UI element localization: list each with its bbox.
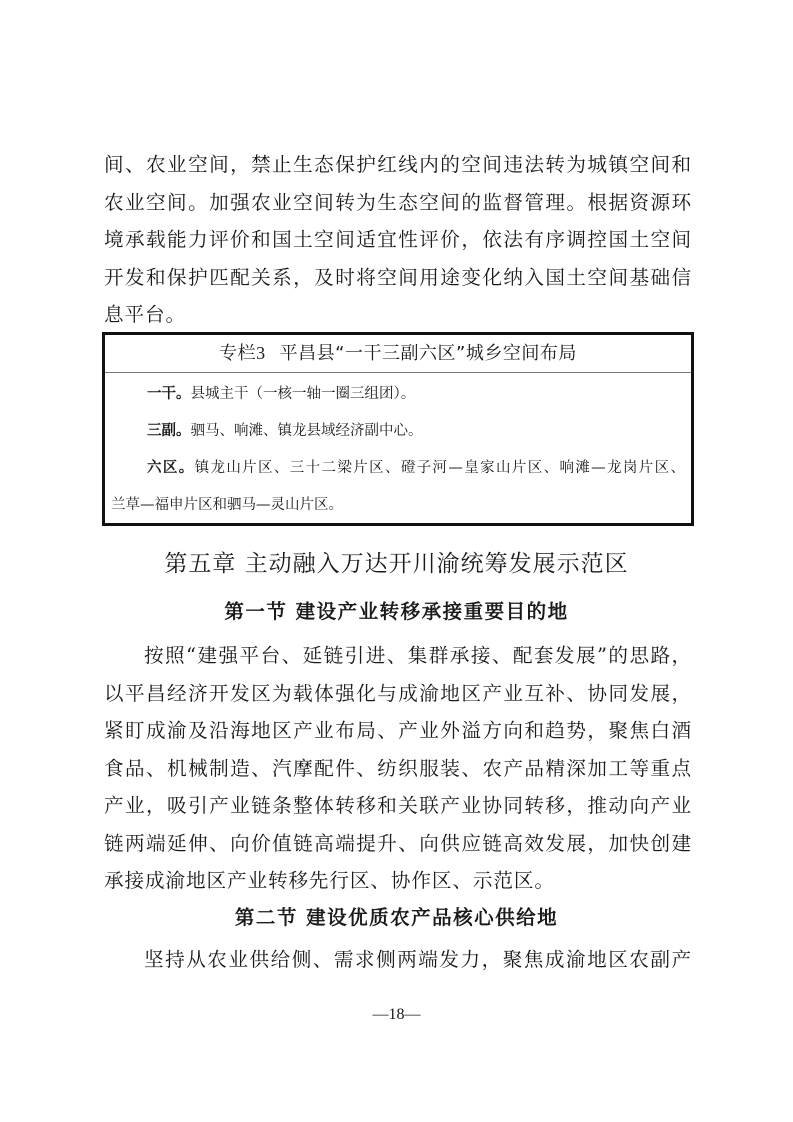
column-box-body: 一干。县城主干（一核一轴一圈三组团）。 三副。驷马、响滩、镇龙县域经济副中心。 …	[105, 373, 691, 524]
chapter-title: 第五章 主动融入万达开川渝统筹发展示范区	[0, 546, 793, 582]
paragraph-industry-transfer: 按照“建强平台、延链引进、集群承接、配套发展”的思路， 以平昌经济开发区为载体强…	[104, 637, 692, 900]
text-line: 开发和保护匹配关系，及时将空间用途变化纳入国土空间基础信	[104, 259, 692, 297]
text-line: 紧盯成渝及沿海地区产业布局、产业外溢方向和趋势，聚焦白酒	[104, 712, 692, 750]
column-item-term: 三副。	[147, 423, 191, 439]
section-title: 第一节 建设产业转移承接重要目的地	[0, 597, 793, 627]
text-line: 链两端延伸、向价值链高端提升、向供应链高效发展，加快创建	[104, 825, 692, 863]
text-line: 间、农业空间，禁止生态保护红线内的空间违法转为城镇空间和	[104, 146, 692, 184]
column-item-term: 六区。	[147, 460, 195, 476]
text-line: 以平昌经济开发区为载体强化与成渝地区产业互补、协同发展，	[104, 675, 692, 713]
paragraph-agri-supply: 坚持从农业供给侧、需求侧两端发力，聚焦成渝地区农副产	[104, 941, 692, 979]
column-title-text: 平昌县“一干三副六区”城乡空间布局	[280, 343, 577, 364]
paragraph-spatial-control: 间、农业空间，禁止生态保护红线内的空间违法转为城镇空间和 农业空间。加强农业空间…	[104, 146, 692, 334]
text-line: 农业空间。加强农业空间转为生态空间的监督管理。根据资源环	[104, 184, 692, 222]
text-line: 境承载能力评价和国土空间适宜性评价，依法有序调控国土空间	[104, 221, 692, 259]
text-line: 食品、机械制造、汽摩配件、纺织服装、农产品精深加工等重点	[104, 750, 692, 788]
page-number: —18—	[0, 1006, 793, 1024]
text-line: 产业，吸引产业链条整体转移和关联产业协同转移，推动向产业	[104, 787, 692, 825]
column-box-3: 专栏3平昌县“一干三副六区”城乡空间布局 一干。县城主干（一核一轴一圈三组团）。…	[102, 332, 694, 526]
column-label: 专栏	[219, 343, 256, 364]
text-line: 承接成渝地区产业转移先行区、协作区、示范区。	[104, 862, 692, 900]
column-number: 3	[256, 343, 266, 363]
column-item-yigan: 一干。县城主干（一核一轴一圈三组团）。	[111, 376, 685, 413]
column-item-text: 县城主干（一核一轴一圈三组团）。	[191, 386, 416, 402]
column-box-title: 专栏3平昌县“一干三副六区”城乡空间布局	[105, 335, 691, 373]
section-title: 第二节 建设优质农产品核心供给地	[0, 903, 793, 933]
column-item-text: 镇龙山片区、三十二梁片区、磴子河—皇家山片区、响滩—龙岗片区、	[195, 460, 685, 476]
text-line: 坚持从农业供给侧、需求侧两端发力，聚焦成渝地区农副产	[104, 941, 692, 979]
text-line: 按照“建强平台、延链引进、集群承接、配套发展”的思路，	[104, 637, 692, 675]
column-item-sanfu: 三副。驷马、响滩、镇龙县域经济副中心。	[111, 413, 685, 450]
document-page: 间、农业空间，禁止生态保护红线内的空间违法转为城镇空间和 农业空间。加强农业空间…	[0, 0, 793, 1122]
column-item-text: 驷马、响滩、镇龙县域经济副中心。	[191, 423, 423, 439]
column-item-term: 一干。	[147, 386, 191, 402]
column-item-liuqu: 六区。镇龙山片区、三十二梁片区、磴子河—皇家山片区、响滩—龙岗片区、	[111, 450, 685, 487]
text-line: 息平台。	[104, 296, 692, 334]
column-item-liuqu-continuation: 兰草—福申片区和驷马—灵山片区。	[111, 487, 685, 524]
